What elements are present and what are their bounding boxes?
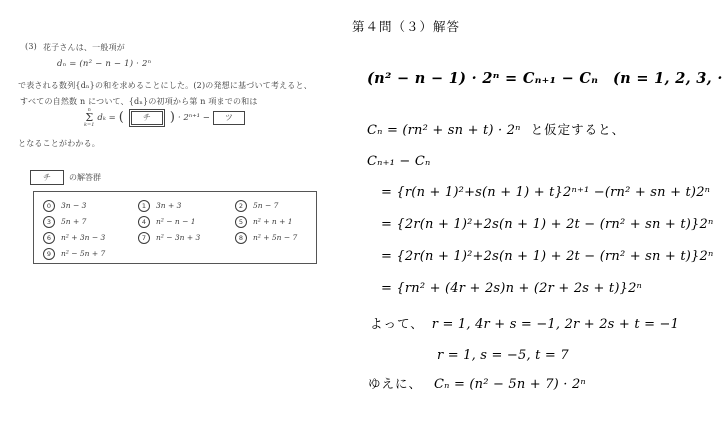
choice-number: 3 (43, 216, 55, 228)
sigma-lower-limit: k=1 (84, 123, 94, 128)
sigma-notation: n Σ k=1 (84, 108, 94, 128)
values-math: r = 1, s = −5, t = 7 (437, 348, 569, 363)
choice-expression: 3n − 3 (61, 201, 86, 210)
close-paren: ) (170, 110, 175, 125)
choice-number: 4 (138, 216, 150, 228)
choice-expression: n² − 5n + 7 (61, 249, 105, 258)
answer-group-box-chi: チ (30, 170, 64, 185)
choice-number: 6 (43, 232, 55, 244)
choice-item: 6 n² + 3n − 3 (43, 231, 138, 244)
solution-line-values: r = 1, s = −5, t = 7 (437, 348, 569, 363)
difference-lhs: Cₙ₊₁ − Cₙ (367, 154, 430, 169)
solution-title: 第４問（３）解答 (352, 17, 460, 35)
choice-expression: n² − 3n + 3 (156, 233, 200, 242)
step-math: = {r(n + 1)²+s(n + 1) + t}2ⁿ⁺¹ −(rn² + s… (381, 185, 710, 200)
choice-item: 1 3n + 3 (138, 199, 235, 212)
choice-item: 9 n² − 5n + 7 (43, 247, 138, 260)
choice-number: 9 (43, 248, 55, 260)
conclude-text: よって、 (370, 314, 424, 332)
general-term-formula: dₙ = (n² − n − 1) · 2ⁿ (57, 59, 151, 69)
solution-line-assume: Cₙ = (rn² + sn + t) · 2ⁿ と仮定すると、 (367, 120, 625, 138)
choices-box: 0 3n − 3 1 3n + 3 2 5n − 7 3 5n + 7 4 n²… (33, 191, 317, 264)
choice-item: 8 n² + 5n − 7 (235, 231, 316, 244)
answer-group-label: チ の解答群 (30, 170, 101, 185)
choice-expression: n² + n + 1 (253, 217, 293, 226)
choice-item: 7 n² − 3n + 3 (138, 231, 235, 244)
choice-expression: n² − n − 1 (156, 217, 196, 226)
sum-formula: n Σ k=1 dₖ = ( チ ) · 2ⁿ⁺¹ − ツ (84, 108, 245, 128)
solution-line-conclude: よって、 r = 1, 4r + s = −1, 2r + 2s + t = −… (370, 314, 679, 332)
solution-head-equation: (n² − n − 1) · 2ⁿ = Cₙ₊₁ − Cₙ (n = 1, 2,… (367, 70, 723, 87)
sum-rhs-middle: · 2ⁿ⁺¹ − (178, 113, 210, 123)
choice-number: 0 (43, 200, 55, 212)
choice-item: 0 3n − 3 (43, 199, 138, 212)
choice-expression: n² + 3n − 3 (61, 233, 105, 242)
solution-line-final: ゆえに、 Cₙ = (n² − 5n + 7) · 2ⁿ (368, 374, 586, 392)
solution-step-2: = {2r(n + 1)²+2s(n + 1) + 2t − (rn² + sn… (381, 217, 713, 232)
final-math: Cₙ = (n² − 5n + 7) · 2ⁿ (434, 377, 586, 392)
step-math: = {2r(n + 1)²+2s(n + 1) + 2t − (rn² + sn… (381, 249, 713, 264)
solution-line-difference: Cₙ₊₁ − Cₙ (367, 154, 430, 169)
assume-text: と仮定すると、 (531, 120, 626, 138)
choice-item: 3 5n + 7 (43, 215, 138, 228)
final-text: ゆえに、 (368, 374, 422, 392)
answer-box-tsu: ツ (213, 111, 245, 125)
choice-item: 4 n² − n − 1 (138, 215, 235, 228)
assume-math: Cₙ = (rn² + sn + t) · 2ⁿ (367, 123, 521, 138)
page: (3) 花子さんは、一般項が dₙ = (n² − n − 1) · 2ⁿ で表… (0, 0, 723, 431)
choice-expression: 5n + 7 (61, 217, 86, 226)
solution-step-3: = {2r(n + 1)²+2s(n + 1) + 2t − (rn² + sn… (381, 249, 713, 264)
choice-number: 5 (235, 216, 247, 228)
answer-box-chi: チ (131, 111, 163, 125)
choice-expression: 5n − 7 (253, 201, 278, 210)
choice-expression: n² + 5n − 7 (253, 233, 297, 242)
problem-body-line-1: で表される数列{dₙ}の和を求めることにした。(2)の発想に基づいて考えると、 (18, 80, 312, 91)
problem-item-line: (3) 花子さんは、一般項が (25, 42, 125, 53)
problem-intro-text: 花子さんは、一般項が (43, 42, 125, 53)
choice-expression: 3n + 3 (156, 201, 181, 210)
answer-group-suffix: の解答群 (69, 172, 101, 183)
problem-item-number: (3) (25, 42, 37, 53)
sum-lhs: dₖ = (97, 113, 115, 123)
solution-step-4: = {rn² + (4r + 2s)n + (2r + 2s + t)}2ⁿ (381, 281, 642, 296)
conclude-math: r = 1, 4r + s = −1, 2r + 2s + t = −1 (432, 317, 679, 332)
step-math: = {rn² + (4r + 2s)n + (2r + 2s + t)}2ⁿ (381, 281, 642, 296)
open-paren: ( (119, 110, 124, 125)
problem-body-line-2: すべての自然数 n について、{dₙ}の初項から第 n 項までの和は (20, 96, 258, 107)
choice-number: 2 (235, 200, 247, 212)
choice-item: 2 5n − 7 (235, 199, 316, 212)
choice-number: 7 (138, 232, 150, 244)
choice-number: 1 (138, 200, 150, 212)
step-math: = {2r(n + 1)²+2s(n + 1) + 2t − (rn² + sn… (381, 217, 713, 232)
choice-item: 5 n² + n + 1 (235, 215, 316, 228)
choice-number: 8 (235, 232, 247, 244)
solution-step-1: = {r(n + 1)²+s(n + 1) + t}2ⁿ⁺¹ −(rn² + s… (381, 185, 710, 200)
problem-outro-text: となることがわかる。 (18, 138, 100, 149)
